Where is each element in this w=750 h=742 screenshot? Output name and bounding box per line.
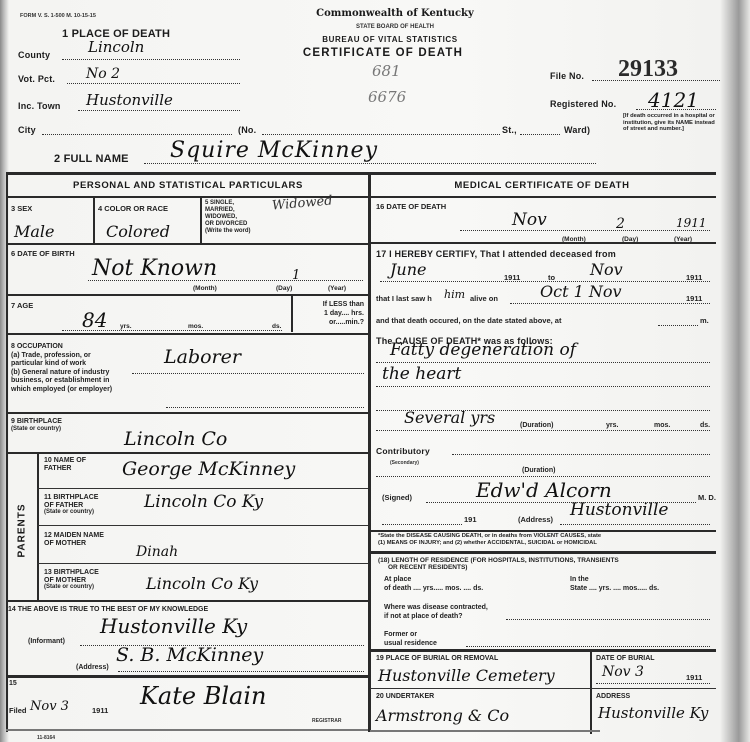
board-name: STATE BOARD OF HEALTH <box>300 24 490 30</box>
county-value: Lincoln <box>88 38 144 56</box>
hospital-note: [If death occurred in a hospital or inst… <box>623 113 718 133</box>
race-label: 4 COLOR OR RACE <box>98 205 168 213</box>
full-name-value: Squire McKinney <box>170 138 378 163</box>
duration-label: (Duration) <box>520 422 553 430</box>
attended-to-value: Nov <box>590 260 623 279</box>
registrar-signature: Kate Blain <box>140 682 266 710</box>
less-than-day-label: If LESS than 1 day.... hrs. or.....min.? <box>296 300 364 327</box>
day-label: (Day) <box>276 285 292 293</box>
disease-contracted-label: Where was disease contracted, if not at … <box>384 603 488 621</box>
file-no-label: File No. <box>550 71 584 81</box>
burial-place-label: 19 PLACE OF BURIAL OR REMOVAL <box>376 655 498 663</box>
no-label: (No. <box>238 125 256 135</box>
death-certificate-page: FORM V. S. 1-500 M. 10-15-15 Commonwealt… <box>0 0 750 742</box>
signed-year-prefix: 191 <box>464 516 477 524</box>
contributory-duration-label: (Duration) <box>522 467 555 475</box>
undertaker-value: Armstrong & Co <box>376 706 509 725</box>
undertaker-address-value: Hustonville Ky <box>598 704 708 722</box>
dob-label: 6 DATE OF BIRTH <box>11 250 75 258</box>
attended-to-year: 1911 <box>686 274 702 282</box>
undertaker-address-label: ADDRESS <box>596 693 630 701</box>
death-year-value: 1911 <box>676 216 707 230</box>
duration-mos-label: mos. <box>654 422 670 430</box>
full-name-label: 2 FULL NAME <box>54 153 129 165</box>
secondary-label: (Secondary) <box>390 460 419 466</box>
form-number: FORM V. S. 1-500 M. 10-15-15 <box>20 13 96 19</box>
occupation-label: 8 OCCUPATION (a) Trade, profession, or p… <box>11 343 112 394</box>
race-value: Colored <box>106 222 170 241</box>
stamp-number-1: 681 <box>372 62 401 80</box>
physician-signature: Edw'd Alcorn <box>476 478 612 502</box>
duration-ds-label: ds. <box>700 422 710 430</box>
bureau-name: BUREAU OF VITAL STATISTICS <box>283 35 497 44</box>
marital-status-label: 5 SINGLE, MARRIED, WIDOWED, OR DIVORCED … <box>205 200 251 235</box>
parents-side-label: PARENTS <box>12 470 32 590</box>
death-day-value: 2 <box>616 216 625 232</box>
footer-code: 11-8164 <box>37 735 55 741</box>
alive-on-label: alive on <box>470 295 498 303</box>
mother-name-label: 12 MAIDEN NAME OF MOTHER <box>44 532 104 547</box>
registrar-label: REGISTRAR <box>312 718 341 724</box>
filed-date-value: Nov 3 <box>30 699 69 714</box>
stamp-number-2: 6676 <box>368 88 406 106</box>
registered-number: 4121 <box>648 88 699 112</box>
father-birthplace-label: 11 BIRTHPLACE OF FATHER (State or countr… <box>44 494 98 517</box>
certificate-title: CERTIFICATE OF DEATH <box>268 47 498 59</box>
birthplace-value: Lincoln Co <box>124 428 227 450</box>
last-saw-year: 1911 <box>686 295 702 303</box>
signed-label: (Signed) <box>382 494 412 502</box>
county-label: County <box>18 50 50 60</box>
md-label: M. D. <box>698 494 716 502</box>
residence-length-label: (18) LENGTH OF RESIDENCE (FOR HOSPITALS,… <box>378 557 713 571</box>
father-birthplace-value: Lincoln Co Ky <box>144 492 263 512</box>
death-month-value: Nov <box>512 210 547 230</box>
vot-pct-label: Vot. Pct. <box>18 74 55 84</box>
certify-statement: 17 I HEREBY CERTIFY, That I attended dec… <box>376 249 616 259</box>
father-name-label: 10 NAME OF FATHER <box>44 457 86 472</box>
sex-label: 3 SEX <box>11 205 32 213</box>
age-ds-label: ds. <box>272 323 281 331</box>
physician-address-label: (Address) <box>518 516 553 524</box>
burial-date-label: DATE OF BURIAL <box>596 655 655 663</box>
age-yrs-label: yrs. <box>120 323 132 331</box>
duration-value: Several yrs <box>404 408 495 427</box>
inc-town-label: Inc. Town <box>18 101 61 111</box>
ward-label: Ward) <box>564 125 590 135</box>
undertaker-label: 20 UNDERTAKER <box>376 693 434 701</box>
cause-line-2-value: the heart <box>382 364 461 384</box>
at-place-of-death-label: At place of death .... yrs..... mos. ...… <box>384 575 483 593</box>
cause-footnote: *State the DISEASE CAUSING DEATH, or in … <box>378 533 713 547</box>
last-saw-label: that I last saw h <box>376 295 432 303</box>
month-label: (Month) <box>193 285 217 293</box>
informant-address-label: (Address) <box>76 664 109 672</box>
to-label: to <box>548 274 555 282</box>
occurred-suffix: m. <box>700 317 709 325</box>
in-state-label: In the State .... yrs. .... mos..... ds. <box>570 575 659 593</box>
year-label: (Year) <box>328 285 346 293</box>
birthplace-label: 9 BIRTHPLACE (State or country) <box>11 418 62 433</box>
date-of-death-label: 16 DATE OF DEATH <box>376 203 446 211</box>
mother-name-value: Dinah <box>136 544 178 560</box>
filed-label: Filed <box>9 707 27 715</box>
mother-birthplace-label: 13 BIRTHPLACE OF MOTHER (State or countr… <box>44 569 99 592</box>
dob-value: Not Known <box>92 256 217 281</box>
registered-no-label: Registered No. <box>550 99 616 109</box>
attended-from-value: June <box>390 260 427 279</box>
former-residence-label: Former or usual residence <box>384 630 437 648</box>
informant-statement: 14 THE ABOVE IS TRUE TO THE BEST OF MY K… <box>8 606 208 614</box>
informant-address-value: S. B. McKinney <box>116 644 263 666</box>
last-saw-pronoun: him <box>444 288 465 301</box>
dob-year-value: 1 <box>292 268 300 283</box>
file-number: 29133 <box>618 56 678 83</box>
duration-yrs-label: yrs. <box>606 422 618 430</box>
age-mos-label: mos. <box>188 323 203 331</box>
inc-town-value: Hustonville <box>86 91 173 109</box>
street-label: St., <box>502 125 517 135</box>
informant-value: Hustonville Ky <box>100 614 247 638</box>
mother-birthplace-value: Lincoln Co Ky <box>146 574 258 593</box>
last-saw-date-value: Oct 1 Nov <box>540 282 622 301</box>
filed-number: 15 <box>9 680 17 688</box>
age-label: 7 AGE <box>11 302 33 310</box>
burial-date-value: Nov 3 <box>602 664 644 680</box>
informant-label: (Informant) <box>28 638 65 646</box>
contributory-label: Contributory <box>376 446 430 456</box>
attended-from-year: 1911 <box>504 274 520 282</box>
age-years-value: 84 <box>82 308 107 332</box>
medical-certificate-heading: MEDICAL CERTIFICATE OF DEATH <box>372 180 712 191</box>
occupation-value: Laborer <box>164 346 241 368</box>
personal-particulars-heading: PERSONAL AND STATISTICAL PARTICULARS <box>8 180 368 191</box>
cause-line-1-value: Fatty degeneration of <box>390 340 576 360</box>
burial-year: 1911 <box>686 674 702 682</box>
filed-year: 1911 <box>92 707 108 715</box>
occurred-statement: and that death occured, on the date stat… <box>376 317 561 325</box>
physician-address-value: Hustonville <box>570 500 669 520</box>
father-name-value: George McKinney <box>122 458 295 480</box>
sex-value: Male <box>14 222 55 241</box>
city-label: City <box>18 125 36 135</box>
vot-pct-value: No 2 <box>86 66 120 82</box>
burial-place-value: Hustonville Cemetery <box>378 666 555 685</box>
commonwealth-title: Commonwealth of Kentucky <box>300 8 490 19</box>
